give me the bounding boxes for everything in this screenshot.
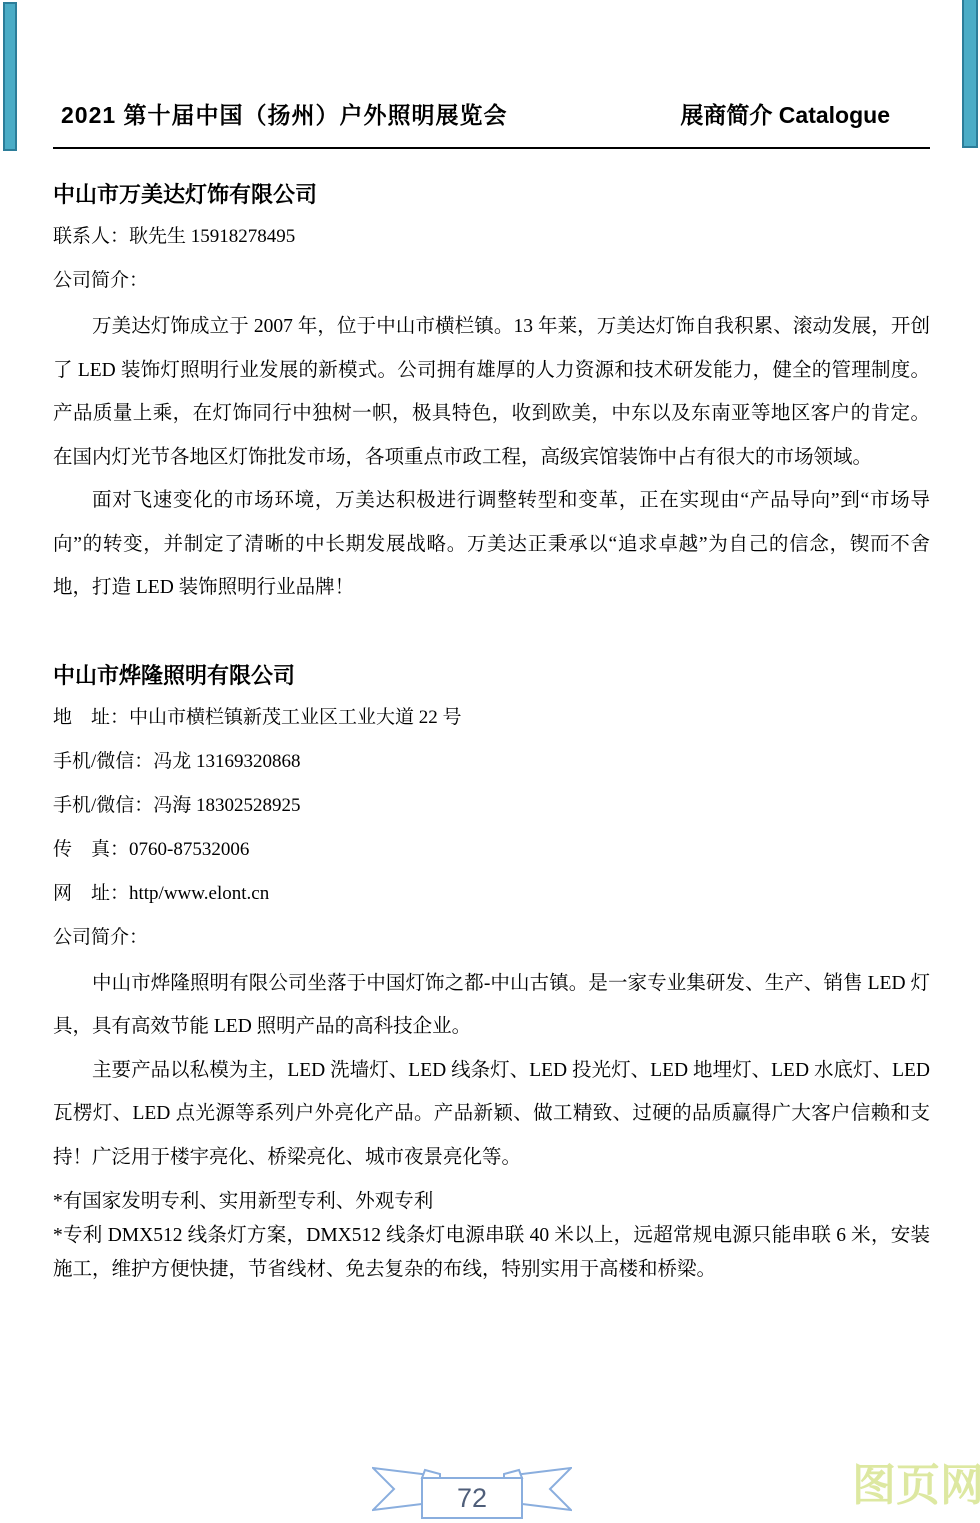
patent-note: *专利 DMX512 线条灯方案，DMX512 线条灯电源串联 40 米以上，远… [53,1219,930,1287]
company-section-wanmeida: 中山市万美达灯饰有限公司 联系人：耿先生 15918278495 公司简介： 万… [53,181,930,610]
page-header: 2021 第十届中国（扬州）户外照明展览会 展商简介 Catalogue [53,0,930,130]
mobile-wechat-line: 手机/微信：冯龙 13169320868 [53,750,930,774]
company-paragraph: 中山市烨隆照明有限公司坐落于中国灯饰之都-中山古镇。是一家专业集研发、生产、销售… [53,962,930,1049]
page-number-ribbon: 72 [372,1462,572,1523]
watermark-logo: 图页网® [852,1464,980,1508]
company-name: 中山市烨隆照明有限公司 [53,662,930,690]
catalogue-page: 2021 第十届中国（扬州）户外照明展览会 展商简介 Catalogue 中山市… [0,0,980,1523]
company-paragraph: 万美达灯饰成立于 2007 年，位于中山市横栏镇。13 年莱，万美达灯饰自我积累… [53,305,930,479]
left-accent-bar [3,2,17,151]
page-content: 2021 第十届中国（扬州）户外照明展览会 展商简介 Catalogue 中山市… [0,0,980,1287]
address-line: 地 址：中山市横栏镇新茂工业区工业大道 22 号 [53,706,930,730]
exhibition-title: 2021 第十届中国（扬州）户外照明展览会 [61,97,508,130]
ribbon-banner-icon: 72 [372,1462,572,1520]
catalogue-section-label: 展商简介 Catalogue [680,97,890,130]
watermark-text: 图页网 [852,1461,980,1510]
company-section-yelong: 中山市烨隆照明有限公司 地 址：中山市横栏镇新茂工业区工业大道 22 号 手机/… [53,662,930,1288]
mobile-wechat-line: 手机/微信：冯海 18302528925 [53,794,930,818]
patent-notes: *有国家发明专利、实用新型专利、外观专利 *专利 DMX512 线条灯方案，DM… [53,1185,930,1287]
company-name: 中山市万美达灯饰有限公司 [53,181,930,209]
patent-note: *有国家发明专利、实用新型专利、外观专利 [53,1185,930,1219]
company-paragraph: 主要产品以私模为主，LED 洗墙灯、LED 线条灯、LED 投光灯、LED 地埋… [53,1049,930,1180]
profile-intro-label: 公司简介： [53,269,930,293]
fax-line: 传 真：0760-87532006 [53,838,930,862]
right-accent-bar [962,0,978,148]
profile-intro-label: 公司简介： [53,926,930,950]
ribbon-left-fold [422,1470,440,1478]
contact-line: 联系人：耿先生 15918278495 [53,225,930,249]
company-paragraph: 面对飞速变化的市场环境，万美达积极进行调整转型和变革，正在实现由“产品导向”到“… [53,479,930,610]
header-divider-rule [53,147,930,149]
page-number: 72 [457,1483,487,1513]
ribbon-right-fold [504,1470,522,1478]
website-line: 网 址：http/www.elont.cn [53,882,930,906]
